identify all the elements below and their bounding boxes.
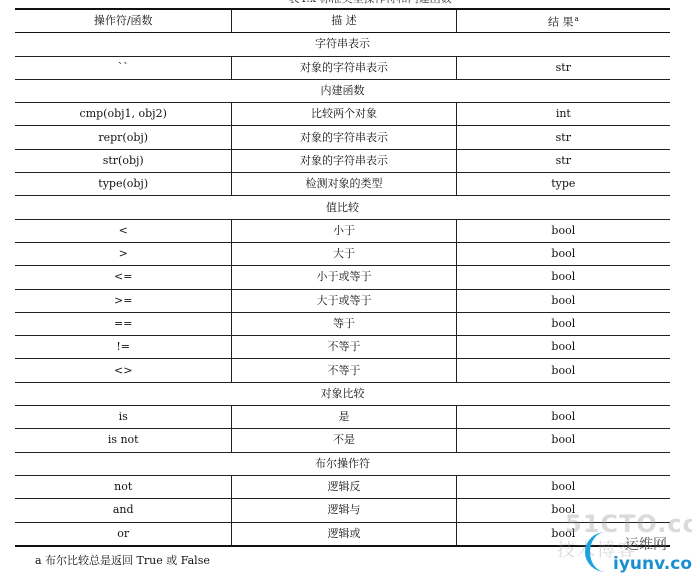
operator-cell: cmp(obj1, obj2)	[15, 103, 232, 126]
table-row: !=不等于bool	[15, 336, 670, 359]
result-cell: str	[456, 56, 670, 79]
operator-cell: ==	[15, 312, 232, 335]
description-cell: 逻辑或	[232, 522, 456, 546]
table-row: is是bool	[15, 406, 670, 429]
table-row: cmp(obj1, obj2)比较两个对象int	[15, 103, 670, 126]
result-cell: bool	[456, 475, 670, 498]
table-body: 字符串表示``对象的字符串表示str内建函数cmp(obj1, obj2)比较两…	[15, 33, 670, 546]
operator-cell: ``	[15, 56, 232, 79]
section-title: 内建函数	[15, 79, 670, 102]
description-cell: 比较两个对象	[232, 103, 456, 126]
section-row: 布尔操作符	[15, 452, 670, 475]
table-row: <>不等于bool	[15, 359, 670, 382]
operator-cell: str(obj)	[15, 149, 232, 172]
section-title: 值比较	[15, 196, 670, 219]
result-cell: bool	[456, 429, 670, 452]
table-header-row: 操作符/函数 描 述 结 果a	[15, 9, 670, 33]
header-result-label: 结 果	[548, 16, 574, 29]
operators-table: 操作符/函数 描 述 结 果a 字符串表示``对象的字符串表示str内建函数cm…	[15, 8, 670, 547]
result-cell: int	[456, 103, 670, 126]
result-cell: str	[456, 149, 670, 172]
operator-cell: is not	[15, 429, 232, 452]
description-cell: 小于或等于	[232, 266, 456, 289]
description-cell: 小于	[232, 219, 456, 242]
table-row: is not不是bool	[15, 429, 670, 452]
result-cell: type	[456, 173, 670, 196]
description-cell: 检测对象的类型	[232, 173, 456, 196]
section-title: 布尔操作符	[15, 452, 670, 475]
table-row: and逻辑与bool	[15, 499, 670, 522]
header-operator: 操作符/函数	[15, 9, 232, 33]
result-cell: bool	[456, 266, 670, 289]
section-title: 对象比较	[15, 382, 670, 405]
table-row: <小于bool	[15, 219, 670, 242]
description-cell: 大于	[232, 242, 456, 265]
table-row: or逻辑或bool	[15, 522, 670, 546]
result-cell: bool	[456, 219, 670, 242]
result-cell: bool	[456, 406, 670, 429]
description-cell: 逻辑与	[232, 499, 456, 522]
description-cell: 对象的字符串表示	[232, 149, 456, 172]
header-description: 描 述	[232, 9, 456, 33]
result-cell: bool	[456, 359, 670, 382]
operator-cell: or	[15, 522, 232, 546]
section-row: 字符串表示	[15, 33, 670, 56]
section-row: 值比较	[15, 196, 670, 219]
table-row: type(obj)检测对象的类型type	[15, 173, 670, 196]
description-cell: 不是	[232, 429, 456, 452]
table-caption-partial: 表4.x 标准类型操作符和内建函数	[240, 0, 500, 4]
operator-cell: and	[15, 499, 232, 522]
watermark-site-text: iyunv.com	[613, 554, 692, 574]
section-row: 对象比较	[15, 382, 670, 405]
result-cell: bool	[456, 499, 670, 522]
result-cell: bool	[456, 289, 670, 312]
operator-cell: is	[15, 406, 232, 429]
result-cell: bool	[456, 242, 670, 265]
table-row: str(obj)对象的字符串表示str	[15, 149, 670, 172]
table-row: ==等于bool	[15, 312, 670, 335]
header-result: 结 果a	[456, 9, 670, 33]
operator-cell: <=	[15, 266, 232, 289]
description-cell: 对象的字符串表示	[232, 126, 456, 149]
section-row: 内建函数	[15, 79, 670, 102]
table-row: >=大于或等于bool	[15, 289, 670, 312]
description-cell: 逻辑反	[232, 475, 456, 498]
description-cell: 不等于	[232, 359, 456, 382]
operator-cell: not	[15, 475, 232, 498]
result-cell: bool	[456, 522, 670, 546]
table-row: <=小于或等于bool	[15, 266, 670, 289]
operator-cell: type(obj)	[15, 173, 232, 196]
description-cell: 对象的字符串表示	[232, 56, 456, 79]
operator-cell: <	[15, 219, 232, 242]
description-cell: 大于或等于	[232, 289, 456, 312]
operator-cell: repr(obj)	[15, 126, 232, 149]
footnote-mark: a	[574, 15, 578, 23]
operator-cell: >	[15, 242, 232, 265]
table-row: repr(obj)对象的字符串表示str	[15, 126, 670, 149]
result-cell: bool	[456, 336, 670, 359]
operator-cell: !=	[15, 336, 232, 359]
description-cell: 等于	[232, 312, 456, 335]
table-row: >大于bool	[15, 242, 670, 265]
section-title: 字符串表示	[15, 33, 670, 56]
table-row: ``对象的字符串表示str	[15, 56, 670, 79]
operator-cell: <>	[15, 359, 232, 382]
description-cell: 不等于	[232, 336, 456, 359]
result-cell: str	[456, 126, 670, 149]
footnote: a 布尔比较总是返回 True 或 False	[35, 552, 210, 568]
description-cell: 是	[232, 406, 456, 429]
result-cell: bool	[456, 312, 670, 335]
operator-cell: >=	[15, 289, 232, 312]
table-row: not逻辑反bool	[15, 475, 670, 498]
